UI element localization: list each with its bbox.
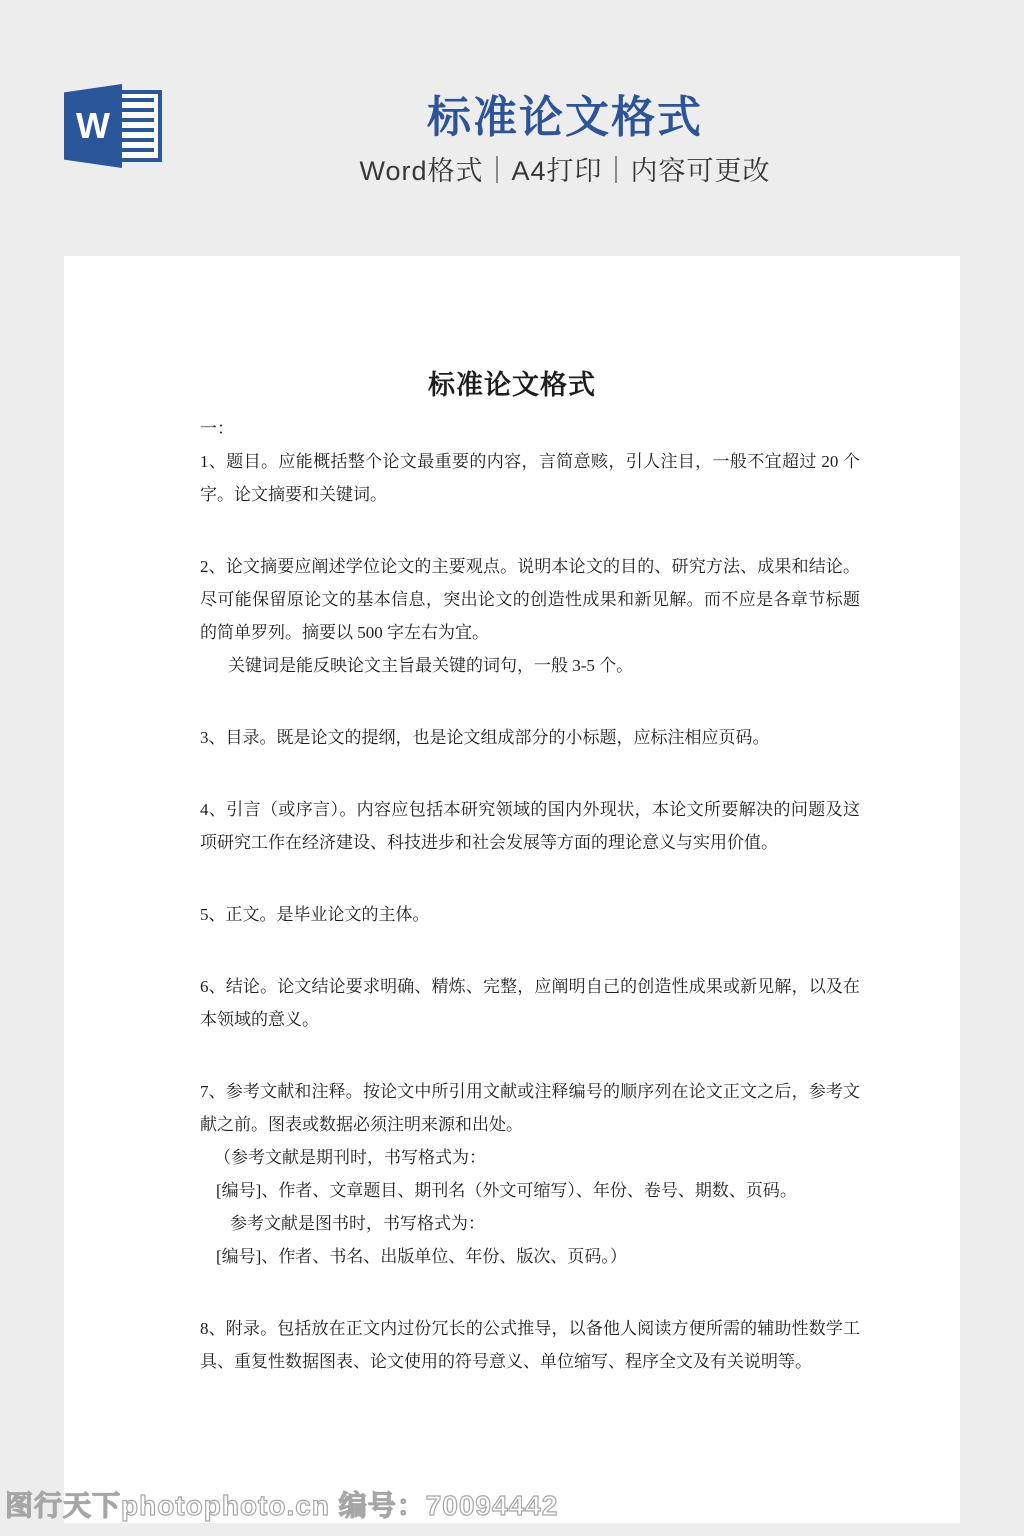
doc-paragraphs: 一：1、题目。应能概括整个论文最重要的内容，言简意赅，引人注目，一般不宜超过 2… — [200, 412, 860, 1378]
doc-paragraph: 3、目录。既是论文的提纲，也是论文组成部分的小标题，应标注相应页码。 — [200, 721, 860, 754]
doc-paragraph: [编号]、作者、文章题目、期刊名（外文可缩写）、年份、卷号、期数、页码。 — [200, 1174, 860, 1207]
doc-paragraph: 4、引言（或序言）。内容应包括本研究领域的国内外现状，本论文所要解决的问题及这项… — [200, 793, 860, 859]
doc-paragraph: [编号]、作者、书名、出版单位、年份、版次、页码。） — [200, 1240, 860, 1273]
word-icon-letter: W — [76, 108, 110, 144]
doc-paragraph: 5、正文。是毕业论文的主体。 — [200, 898, 860, 931]
header-text: 标准论文格式 Word格式｜A4打印｜内容可更改 — [170, 92, 960, 188]
doc-paragraph: 6、结论。论文结论要求明确、精炼、完整，应阐明自己的创造性成果或新见解，以及在本… — [200, 970, 860, 1036]
doc-paragraph: 7、参考文献和注释。按论文中所引用文献或注释编号的顺序列在论文正文之后，参考文献… — [200, 1075, 860, 1141]
doc-paragraph: 8、附录。包括放在正文内过份冗长的公式推导，以备他人阅读方便所需的辅助性数学工具… — [200, 1312, 860, 1378]
doc-paragraph: 2、论文摘要应阐述学位论文的主要观点。说明本论文的目的、研究方法、成果和结论。尽… — [200, 550, 860, 649]
watermark: 图行天下photophoto.cn 编号：70094442 — [5, 1484, 558, 1524]
word-icon-cover: W — [64, 84, 122, 168]
site-header: W 标准论文格式 Word格式｜A4打印｜内容可更改 — [0, 0, 1024, 256]
document-preview-page: 标准论文格式 一：1、题目。应能概括整个论文最重要的内容，言简意赅，引人注目，一… — [64, 256, 960, 1523]
doc-paragraph: 1、题目。应能概括整个论文最重要的内容，言简意赅，引人注目，一般不宜超过 20 … — [200, 445, 860, 511]
word-document-icon: W — [64, 84, 162, 168]
document-title: 标准论文格式 — [64, 366, 960, 404]
doc-paragraph: 参考文献是图书时，书写格式为： — [200, 1207, 860, 1240]
doc-paragraph: （参考文献是期刊时，书写格式为： — [200, 1141, 860, 1174]
template-subtitle: Word格式｜A4打印｜内容可更改 — [170, 154, 960, 188]
template-title: 标准论文格式 — [170, 92, 960, 144]
doc-paragraph: 一： — [200, 412, 860, 445]
doc-paragraph: 关键词是能反映论文主旨最关键的词句，一般 3-5 个。 — [200, 649, 860, 682]
